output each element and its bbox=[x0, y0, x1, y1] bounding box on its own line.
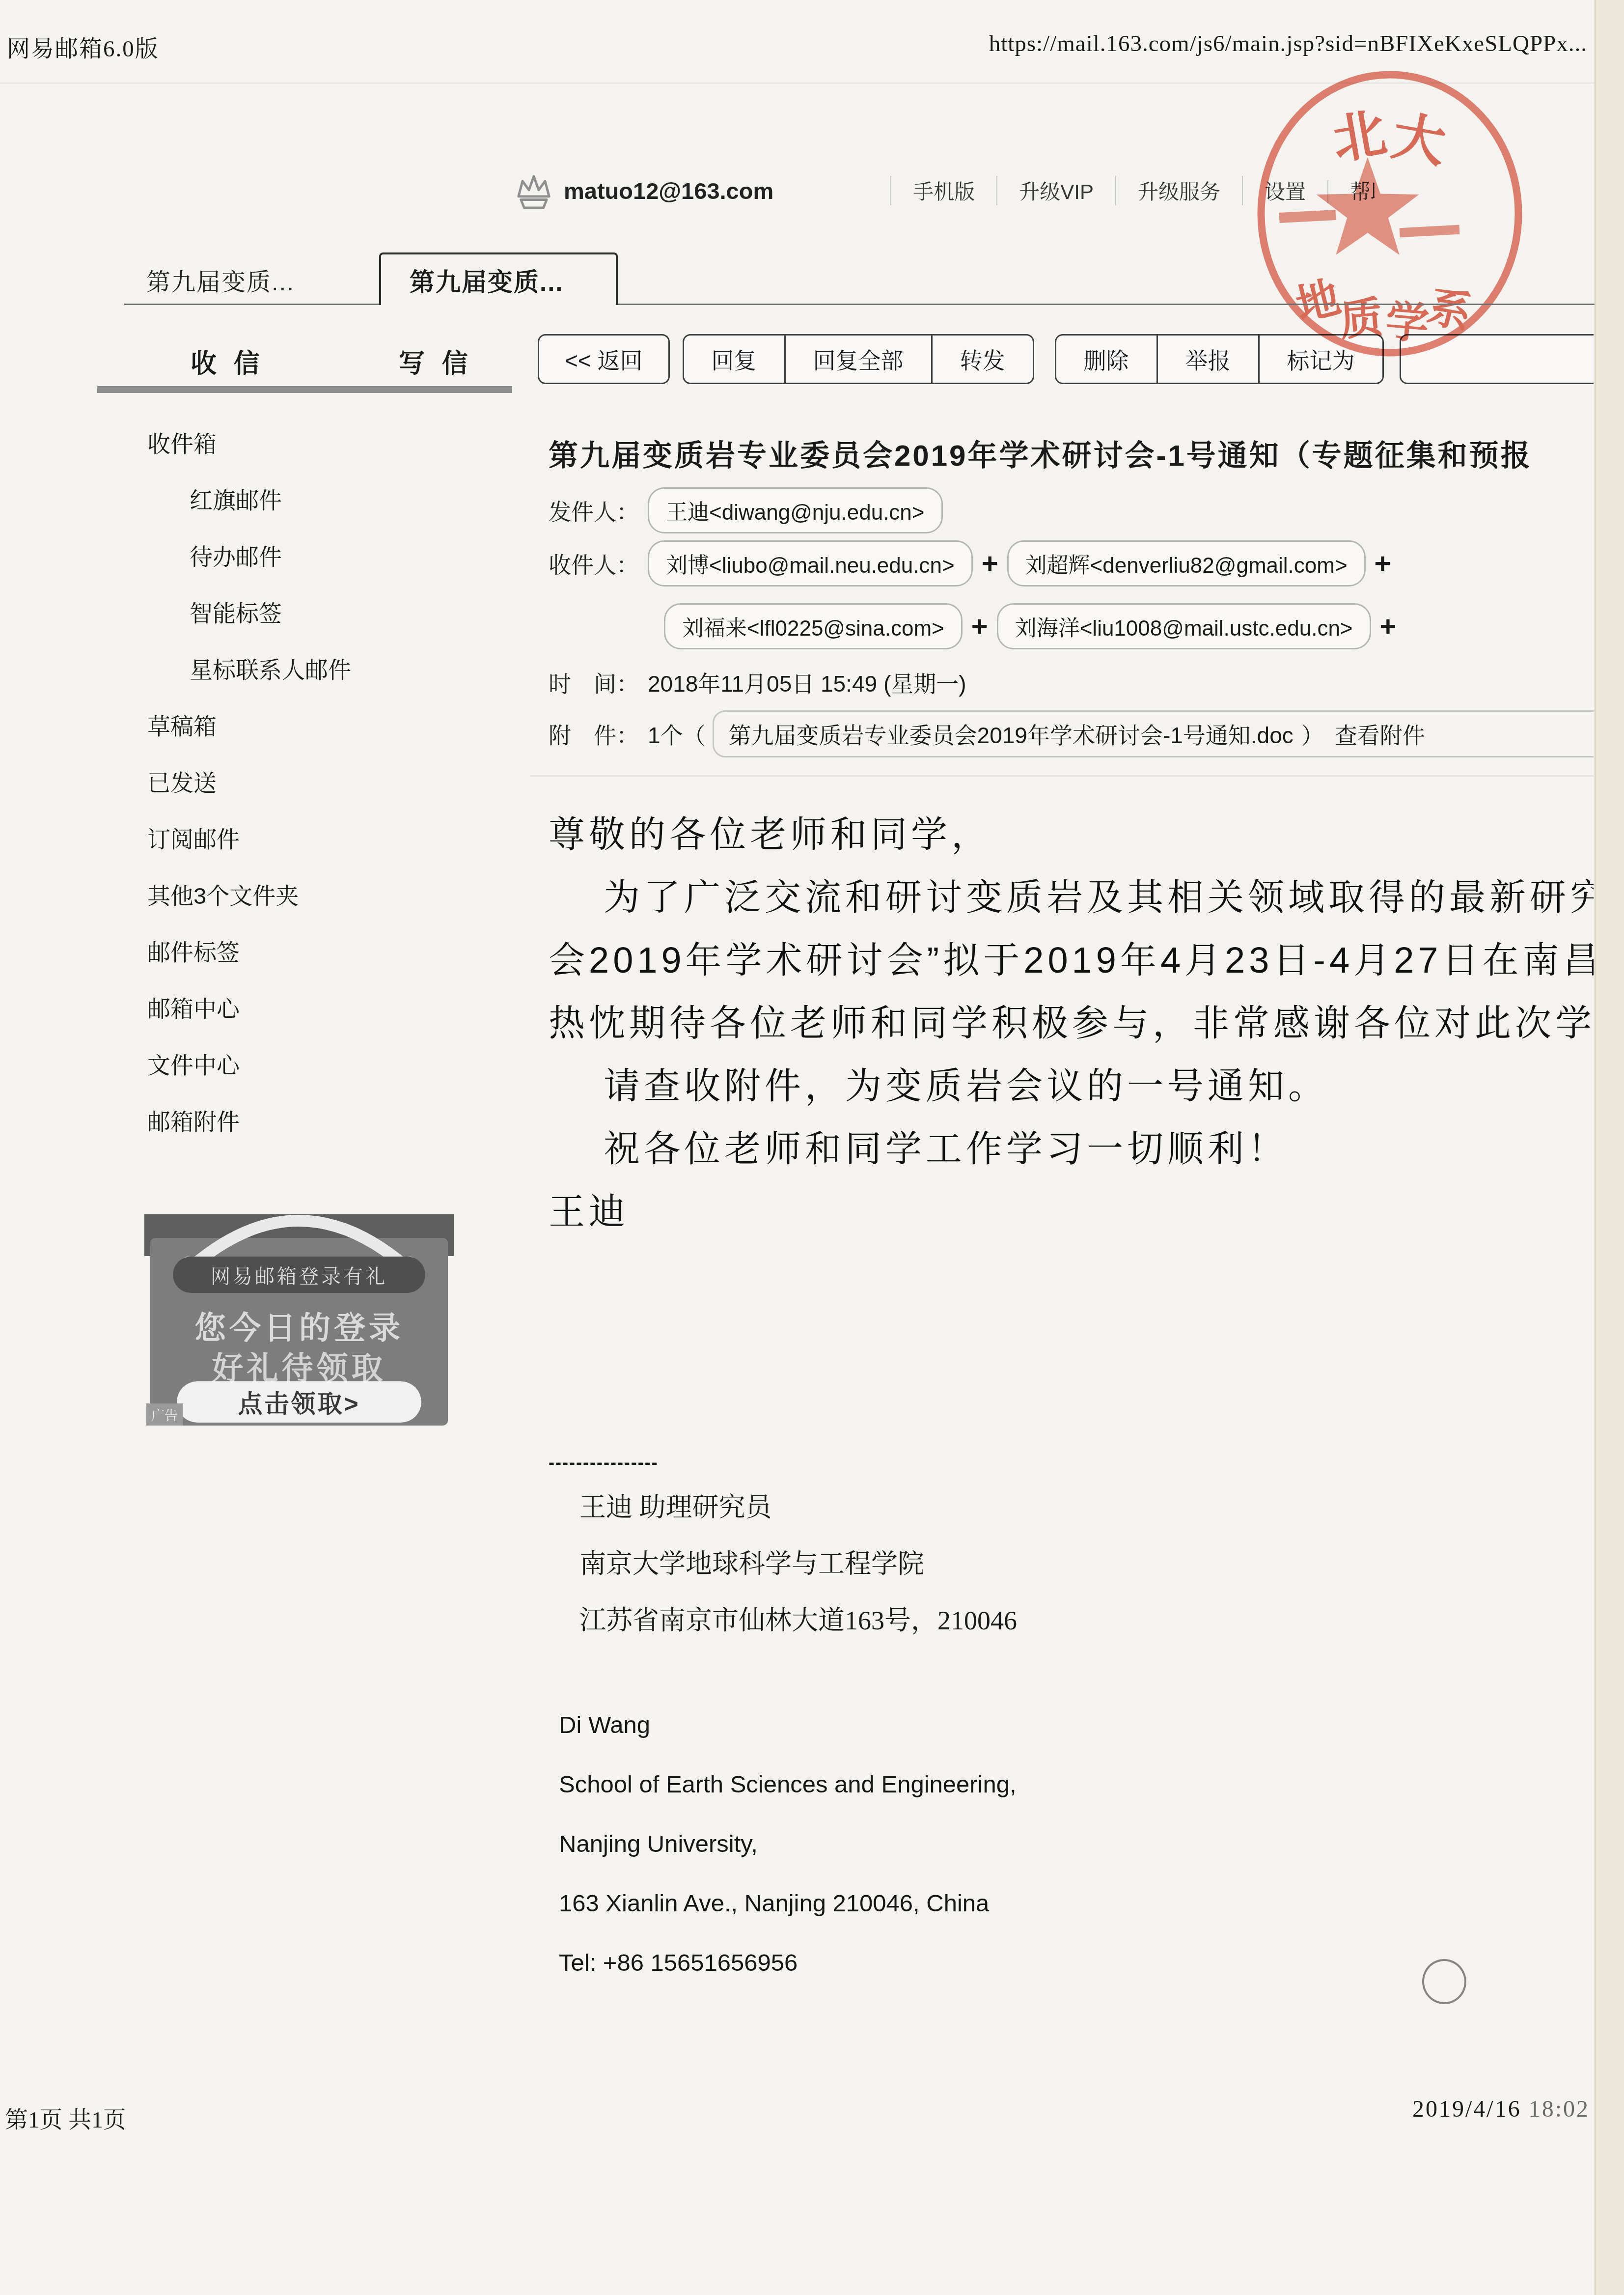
print-header-app-title: 网易邮箱6.0版 bbox=[7, 30, 159, 63]
sidebar-item-file-center[interactable]: 文件中心 bbox=[147, 1037, 351, 1093]
view-attachment-link[interactable]: 查看附件 bbox=[1335, 718, 1425, 750]
ad-tag-label: 广告 bbox=[146, 1403, 183, 1426]
recipient-contact-chip[interactable]: 刘超辉<denverliu82@gmail.com> bbox=[1007, 540, 1366, 587]
print-footer-datetime: 2019/4/16 18:02 bbox=[1412, 2096, 1590, 2123]
attachment-row: 附 件： 1个（ 第九届变质岩专业委员会2019年学术研讨会-1号通知.doc … bbox=[549, 710, 1594, 757]
body-line: 热忱期待各位老师和同学积极参与，非常感谢各位对此次学术 bbox=[549, 992, 1594, 1055]
recipients-row-2: 刘福来<lfl0225@sina.com> + 刘海洋<liu1008@mail… bbox=[664, 603, 1405, 649]
receive-mail-button[interactable]: 收 信 bbox=[191, 343, 265, 380]
link-mobile-version[interactable]: 手机版 bbox=[890, 176, 996, 205]
more-actions-button-clipped[interactable] bbox=[1400, 334, 1594, 384]
report-button[interactable]: 举报 bbox=[1156, 336, 1258, 383]
body-line: 请查收附件，为变质岩会议的一号通知。 bbox=[549, 1055, 1594, 1118]
link-help[interactable]: 帮助 bbox=[1327, 180, 1375, 203]
sidebar-item-smart-tags[interactable]: 智能标签 bbox=[147, 585, 351, 642]
body-line: 为了广泛交流和研讨变质岩及其相关领域取得的最新研究 bbox=[549, 866, 1594, 929]
attachment-file-name[interactable]: 第九届变质岩专业委员会2019年学术研讨会-1号通知.doc bbox=[729, 718, 1294, 750]
write-mail-button[interactable]: 写 信 bbox=[399, 343, 473, 380]
reply-button[interactable]: 回复 bbox=[684, 336, 784, 383]
reply-all-button[interactable]: 回复全部 bbox=[784, 336, 931, 383]
signature-line: 王迪 助理研究员 bbox=[579, 1480, 1017, 1536]
signature-line: Di Wang bbox=[559, 1696, 1017, 1755]
recipient-contact-chip[interactable]: 刘福来<lfl0225@sina.com> bbox=[664, 603, 963, 649]
sidebar-item-inbox[interactable]: 收件箱 bbox=[147, 416, 351, 472]
time-row: 时 间： 2018年11月05日 15:49 (星期一) bbox=[549, 666, 966, 699]
recipients-row-1: 收件人： 刘博<liubo@mail.neu.edu.cn> + 刘超辉<den… bbox=[549, 540, 1400, 587]
message-toolbar: << 返回 回复 回复全部 转发 删除 举报 标记为 bbox=[538, 334, 1594, 384]
print-header-url: https://mail.163.com/js6/main.jsp?sid=nB… bbox=[989, 30, 1587, 57]
sidebar-item-red-flag-mail[interactable]: 红旗邮件 bbox=[147, 472, 351, 529]
attachment-count: 1个（ bbox=[648, 718, 706, 750]
signature-line: Nanjing University, bbox=[559, 1815, 1017, 1874]
message-subject: 第九届变质岩专业委员会2019年学术研讨会-1号通知（专题征集和预报 bbox=[549, 432, 1532, 475]
add-contact-icon[interactable]: + bbox=[971, 610, 988, 643]
recipient-contact-chip[interactable]: 刘博<liubo@mail.neu.edu.cn> bbox=[648, 540, 973, 587]
message-body: 尊敬的各位老师和同学， 为了广泛交流和研讨变质岩及其相关领域取得的最新研究 会2… bbox=[549, 803, 1594, 1243]
mail-crown-icon bbox=[514, 171, 554, 210]
ad-ribbon-text: 网易邮箱登录有礼 bbox=[173, 1257, 425, 1293]
signature-line: Tel: +86 15651656956 bbox=[559, 1933, 1017, 1993]
ad-claim-button[interactable]: 点击领取> bbox=[177, 1381, 421, 1423]
login-reward-ad-banner[interactable]: 网易邮箱登录有礼 您今日的登录 好礼待领取 点击领取> 广告 bbox=[144, 1209, 454, 1426]
link-settings[interactable]: 设置 bbox=[1242, 176, 1327, 205]
delete-button[interactable]: 删除 bbox=[1056, 336, 1156, 383]
signature-line: 江苏省南京市仙林大道163号，210046 bbox=[579, 1593, 1017, 1649]
seal-char: 大 bbox=[1387, 107, 1450, 174]
attachment-close-paren: ） bbox=[1301, 718, 1324, 750]
back-button[interactable]: << 返回 bbox=[538, 334, 670, 384]
account-email: matuo12@163.com bbox=[564, 177, 773, 204]
signature-line: 南京大学地球科学与工程学院 bbox=[579, 1536, 1017, 1593]
attachment-card: 第九届变质岩专业委员会2019年学术研讨会-1号通知.doc ） 查看附件 bbox=[713, 710, 1594, 757]
link-upgrade-service[interactable]: 升级服务 bbox=[1115, 176, 1242, 205]
reply-button-group: 回复 回复全部 转发 bbox=[683, 334, 1034, 384]
to-label: 收件人： bbox=[549, 547, 639, 580]
body-line: 王迪 bbox=[549, 1180, 1594, 1243]
from-label: 发件人： bbox=[549, 494, 639, 527]
message-pane: << 返回 回复 回复全部 转发 删除 举报 标记为 第九届变质岩专业委员会20… bbox=[530, 314, 1594, 2122]
print-header-rule bbox=[0, 83, 1624, 84]
sidebar-item-sent[interactable]: 已发送 bbox=[147, 755, 351, 811]
sidebar-item-starred-contacts-mail[interactable]: 星标联系人邮件 bbox=[147, 642, 351, 698]
account-bar: matuo12@163.com 手机版 升级VIP 升级服务 设置 帮助 bbox=[514, 168, 1375, 213]
scanned-page: 网易邮箱6.0版 https://mail.163.com/js6/main.j… bbox=[0, 0, 1624, 2295]
sidebar-item-subscriptions[interactable]: 订阅邮件 bbox=[147, 811, 351, 868]
sidebar-item-mail-center[interactable]: 邮箱中心 bbox=[147, 980, 351, 1037]
time-label: 时 间： bbox=[549, 666, 639, 699]
body-line: 会2019年学术研讨会”拟于2019年4月23日-4月27日在南昌召 bbox=[549, 929, 1594, 992]
ad-headline-line1: 您今日的登录 bbox=[144, 1303, 454, 1348]
attachment-label: 附 件： bbox=[549, 718, 639, 750]
signature-divider: ---------------- bbox=[549, 1452, 659, 1473]
action-button-group: 删除 举报 标记为 bbox=[1055, 334, 1384, 384]
add-contact-icon[interactable]: + bbox=[982, 547, 998, 580]
scan-edge-strip bbox=[1595, 0, 1624, 2295]
body-line: 祝各位老师和同学工作学习一切顺利！ bbox=[549, 1118, 1594, 1180]
signature-line: School of Earth Sciences and Engineering… bbox=[559, 1755, 1017, 1815]
sidebar-item-other-folders[interactable]: 其他3个文件夹 bbox=[147, 868, 351, 924]
signature-chinese: 王迪 助理研究员 南京大学地球科学与工程学院 江苏省南京市仙林大道163号，21… bbox=[579, 1480, 1017, 1649]
add-contact-icon[interactable]: + bbox=[1380, 610, 1397, 643]
signature-line: 163 Xianlin Ave., Nanjing 210046, China bbox=[559, 1874, 1017, 1933]
link-help-clipped: 帮助 bbox=[1327, 176, 1375, 205]
header-body-divider bbox=[530, 775, 1594, 777]
link-upgrade-vip[interactable]: 升级VIP bbox=[996, 176, 1115, 205]
from-row: 发件人： 王迪<diwang@nju.edu.cn> bbox=[549, 487, 943, 533]
add-contact-icon[interactable]: + bbox=[1375, 547, 1391, 580]
account-links: 手机版 升级VIP 升级服务 设置 帮助 bbox=[890, 176, 1375, 205]
signature-english: Di Wang School of Earth Sciences and Eng… bbox=[559, 1696, 1017, 1993]
forward-button[interactable]: 转发 bbox=[931, 336, 1033, 383]
tab-open-message[interactable]: 第九届变质... bbox=[379, 252, 618, 305]
tab-strip-rule bbox=[124, 304, 1597, 305]
seal-char: 北 bbox=[1328, 104, 1391, 170]
sidebar-item-todo-mail[interactable]: 待办邮件 bbox=[147, 529, 351, 585]
mark-as-button[interactable]: 标记为 bbox=[1258, 336, 1382, 383]
print-footer-time: 18:02 bbox=[1529, 2096, 1590, 2122]
sidebar-item-mail-tags[interactable]: 邮件标签 bbox=[147, 924, 351, 980]
tab-mail-list[interactable]: 第九届变质... bbox=[146, 263, 295, 298]
sidebar-divider-bar bbox=[97, 386, 512, 393]
body-line: 尊敬的各位老师和同学， bbox=[549, 803, 1594, 866]
folder-sidebar: 收件箱 红旗邮件 待办邮件 智能标签 星标联系人邮件 草稿箱 已发送 订阅邮件 … bbox=[147, 416, 351, 1150]
print-footer-page-info: 第1页 共1页 bbox=[5, 2101, 126, 2134]
print-footer-date: 2019/4/16 bbox=[1412, 2096, 1521, 2122]
sent-time: 2018年11月05日 15:49 (星期一) bbox=[648, 666, 966, 699]
sidebar-item-mail-attachments[interactable]: 邮箱附件 bbox=[147, 1093, 351, 1150]
recipient-contact-chip[interactable]: 刘海洋<liu1008@mail.ustc.edu.cn> bbox=[997, 603, 1371, 649]
sender-contact-chip[interactable]: 王迪<diwang@nju.edu.cn> bbox=[648, 487, 943, 533]
sidebar-item-drafts[interactable]: 草稿箱 bbox=[147, 698, 351, 755]
